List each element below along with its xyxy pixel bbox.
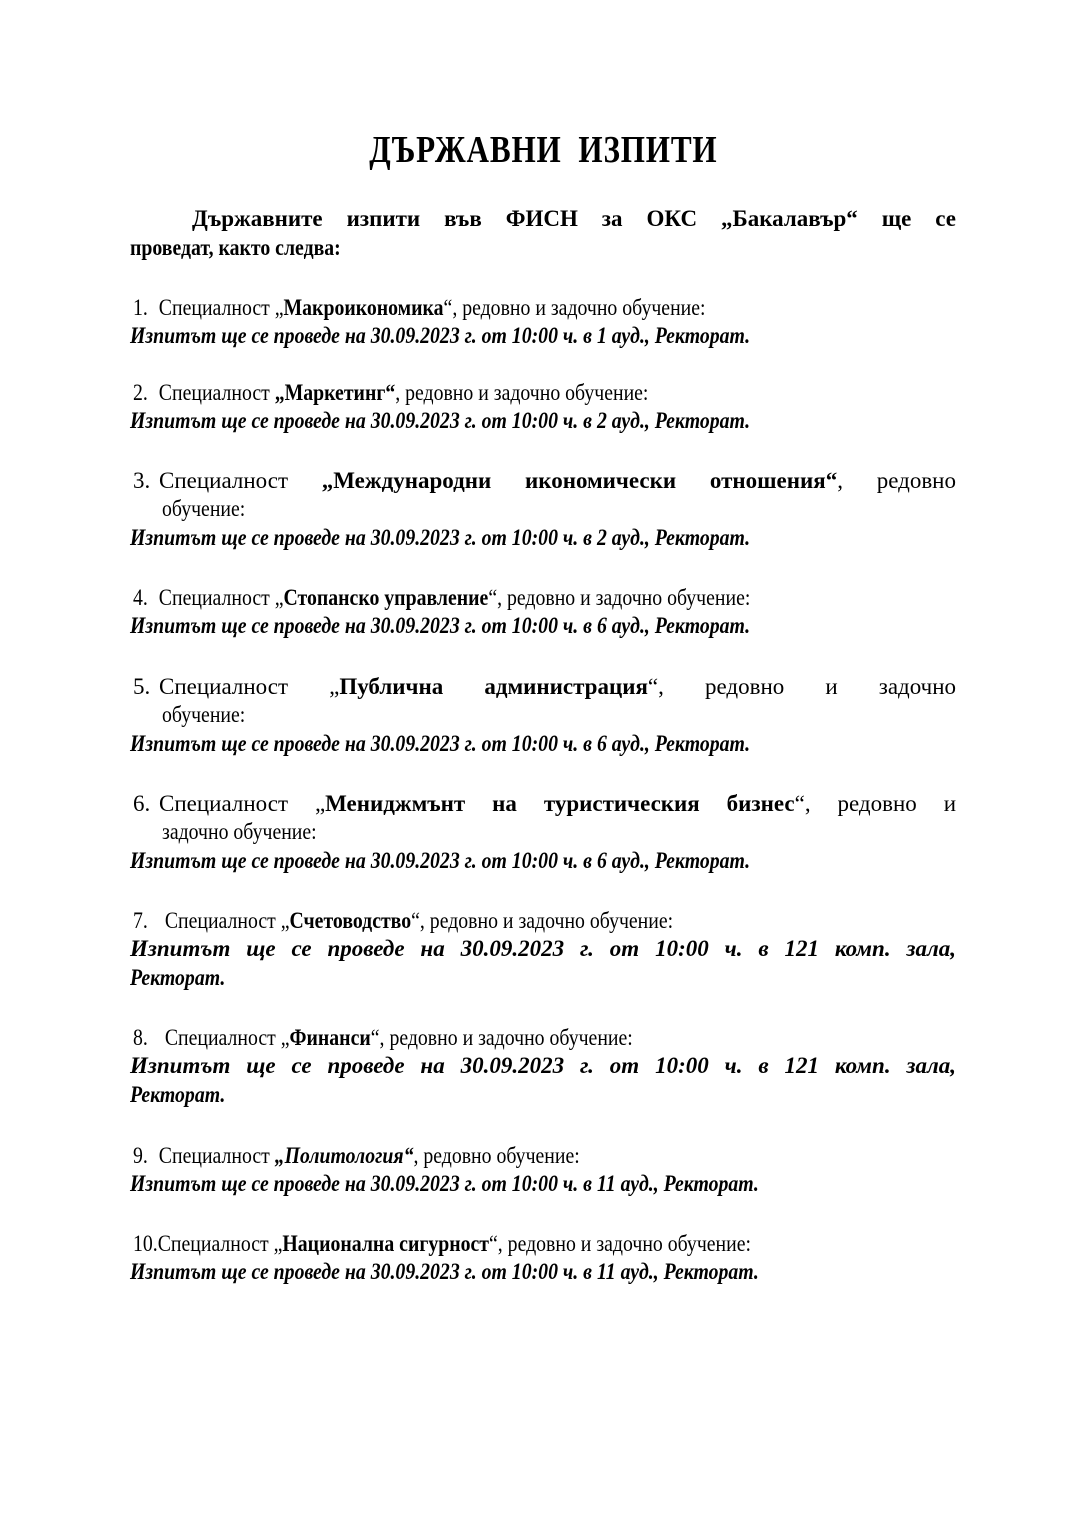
exam-details: Изпитът ще се проведе на 30.09.2023 г. о…	[130, 1170, 759, 1198]
exam-details: Изпитът ще се проведе на 30.09.2023 г. о…	[130, 407, 750, 435]
item-number: 4.	[133, 584, 159, 612]
exam-details: Изпитът ще се проведе на 30.09.2023 г. о…	[130, 1258, 759, 1286]
list-item-3-exam: Изпитът ще се проведе на 30.09.2023 г. о…	[130, 524, 956, 552]
list-item-7-exam: Изпитът ще се проведе на 30.09.2023 г. о…	[130, 935, 956, 963]
study-mode: , редовно и задочно обучение:	[395, 380, 648, 405]
item-number: 1.	[133, 294, 159, 322]
list-item-7-heading: 7.Специалност „Счетоводство“, редовно и …	[133, 907, 959, 935]
open-quote: „	[329, 674, 339, 699]
item-number: 2.	[133, 379, 159, 407]
specialty-name: Политология	[285, 1143, 404, 1168]
list-item-8-exam: Изпитът ще се проведе на 30.09.2023 г. о…	[130, 1052, 956, 1080]
item-number: 5.	[133, 673, 159, 701]
study-mode: , редовно и задочно обучение:	[420, 908, 673, 933]
list-item-10-exam: Изпитът ще се проведе на 30.09.2023 г. о…	[130, 1258, 956, 1286]
specialty-label: Специалност	[159, 295, 270, 320]
study-mode: , редовно и задочно обучение:	[498, 1231, 751, 1256]
document-page: ДЪРЖАВНИ ИЗПИТИ Държавните изпити във ФИ…	[0, 0, 1086, 1536]
specialty-label: Специалност	[159, 1143, 270, 1168]
list-item-6-heading-cont: задочно обучение:	[162, 818, 956, 846]
list-item-9-exam: Изпитът ще се проведе на 30.09.2023 г. о…	[130, 1170, 956, 1198]
item-number: 6.	[133, 790, 159, 818]
specialty-name: Счетоводство	[290, 908, 412, 933]
open-quote: „	[315, 791, 325, 816]
list-item-4-heading: 4.Специалност „Стопанско управление“, ре…	[133, 584, 959, 612]
open-quote: „	[281, 1025, 290, 1050]
specialty-label: Специалност	[165, 1025, 276, 1050]
close-quote: “	[404, 1143, 414, 1168]
specialty-name: Национална сигурност	[282, 1231, 489, 1256]
open-quote: „	[275, 1143, 285, 1168]
open-quote: „	[275, 585, 284, 610]
exam-details: Изпитът ще се проведе на 30.09.2023 г. о…	[130, 847, 750, 875]
list-item-8-exam-cont: Ректорат.	[130, 1081, 956, 1109]
page-title-text: ДЪРЖАВНИ ИЗПИТИ	[369, 128, 717, 172]
list-item-3-heading: 3.Специалност „Международни икономически…	[133, 467, 956, 495]
specialty-name: Маркетинг	[285, 380, 386, 405]
list-item-10-heading: 10.Специалност „Национална сигурност“, р…	[133, 1230, 959, 1258]
exam-details-cont: Ректорат.	[130, 964, 225, 992]
open-quote: „	[281, 908, 290, 933]
page-title: ДЪРЖАВНИ ИЗПИТИ	[0, 128, 1086, 172]
open-quote: „	[322, 468, 334, 493]
exam-details-cont: Ректорат.	[130, 1081, 225, 1109]
list-item-8-heading: 8.Специалност „Финанси“, редовно и задоч…	[133, 1024, 959, 1052]
close-quote: “	[795, 791, 805, 816]
list-item-5-heading-cont: обучение:	[162, 701, 956, 729]
intro-text-1: Държавните изпити във ФИСН за ОКС „Бакал…	[192, 206, 956, 231]
open-quote: „	[275, 380, 285, 405]
list-item-6-heading: 6.Специалност „Мениджмънт на туристическ…	[133, 790, 956, 818]
exam-details: Изпитът ще се проведе на 30.09.2023 г. о…	[130, 936, 956, 961]
list-item-1-exam: Изпитът ще се проведе на 30.09.2023 г. о…	[130, 322, 956, 350]
close-quote: “	[444, 295, 453, 320]
open-quote: „	[274, 1231, 283, 1256]
close-quote: “	[489, 1231, 498, 1256]
list-item-2-heading: 2.Специалност „Маркетинг“, редовно и зад…	[133, 379, 959, 407]
specialty-label: Специалност	[159, 380, 270, 405]
exam-details: Изпитът ще се проведе на 30.09.2023 г. о…	[130, 612, 750, 640]
item-number: 7.	[133, 907, 165, 935]
study-mode-cont: задочно обучение:	[162, 818, 317, 846]
close-quote: “	[385, 380, 395, 405]
item-number: 10.	[133, 1231, 158, 1256]
specialty-label: Специалност	[165, 908, 276, 933]
item-number: 9.	[133, 1142, 159, 1170]
exam-details: Изпитът ще се проведе на 30.09.2023 г. о…	[130, 1053, 956, 1078]
specialty-name: Макроикономика	[283, 295, 443, 320]
study-mode-cont: обучение:	[162, 701, 245, 729]
specialty-label: Специалност	[159, 791, 288, 816]
specialty-label: Специалност	[159, 585, 270, 610]
close-quote: “	[648, 674, 658, 699]
specialty-label: Специалност	[159, 674, 288, 699]
study-mode: , редовно и задочно обучение:	[380, 1025, 633, 1050]
list-item-3-heading-cont: обучение:	[162, 495, 956, 523]
close-quote: “	[371, 1025, 380, 1050]
list-item-6-exam: Изпитът ще се проведе на 30.09.2023 г. о…	[130, 847, 956, 875]
item-number: 3.	[133, 467, 159, 495]
exam-details: Изпитът ще се проведе на 30.09.2023 г. о…	[130, 322, 750, 350]
list-item-4-exam: Изпитът ще се проведе на 30.09.2023 г. о…	[130, 612, 956, 640]
list-item-9-heading: 9.Специалност „Политология“, редовно обу…	[133, 1142, 959, 1170]
list-item-5-heading: 5.Специалност „Публична администрация“, …	[133, 673, 956, 701]
close-quote: “	[826, 468, 838, 493]
study-mode: , редовно	[837, 468, 956, 493]
open-quote: „	[275, 295, 284, 320]
close-quote: “	[411, 908, 420, 933]
specialty-name: Стопанско управление	[283, 585, 488, 610]
item-number: 8.	[133, 1024, 165, 1052]
list-item-1-heading: 1.Специалност „Макроикономика“, редовно …	[133, 294, 959, 322]
list-item-7-exam-cont: Ректорат.	[130, 964, 956, 992]
study-mode-cont: обучение:	[162, 495, 245, 523]
specialty-name: Финанси	[290, 1025, 371, 1050]
intro-paragraph-line-2: проведат, както следва:	[130, 234, 956, 262]
list-item-5-exam: Изпитът ще се проведе на 30.09.2023 г. о…	[130, 730, 956, 758]
specialty-label: Специалност	[158, 1231, 269, 1256]
list-item-2-exam: Изпитът ще се проведе на 30.09.2023 г. о…	[130, 407, 956, 435]
exam-details: Изпитът ще се проведе на 30.09.2023 г. о…	[130, 730, 750, 758]
intro-text-2: проведат, както следва:	[130, 234, 341, 262]
exam-details: Изпитът ще се проведе на 30.09.2023 г. о…	[130, 524, 750, 552]
intro-paragraph-line-1: Държавните изпити във ФИСН за ОКС „Бакал…	[130, 205, 956, 233]
study-mode: , редовно обучение:	[413, 1143, 579, 1168]
specialty-label: Специалност	[159, 468, 288, 493]
study-mode: , редовно и задочно обучение:	[497, 585, 750, 610]
study-mode: , редовно и задочно обучение:	[452, 295, 705, 320]
